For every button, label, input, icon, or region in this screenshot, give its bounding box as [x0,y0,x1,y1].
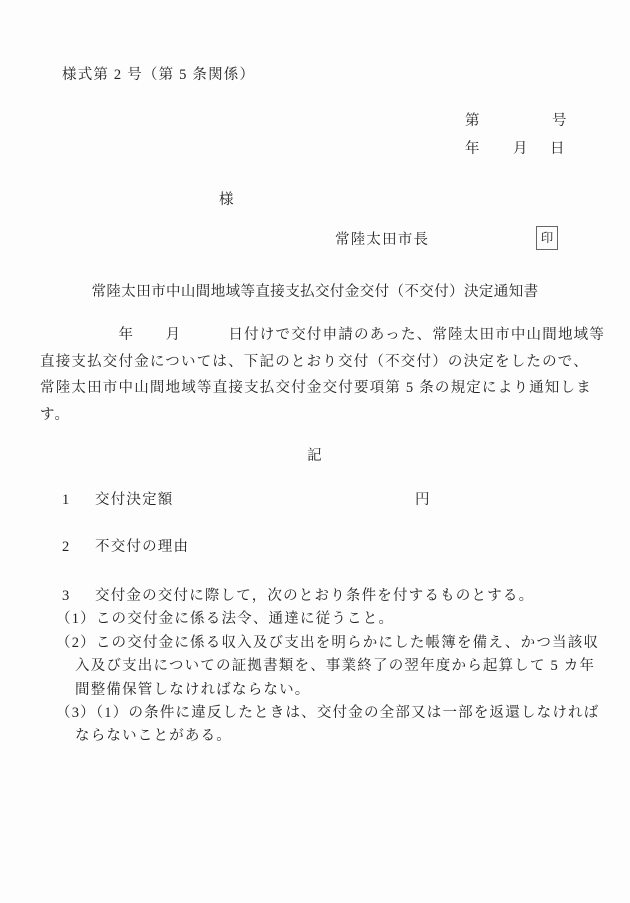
addressee-honorific: 様 [219,188,235,209]
document-number-suffix: 号 [552,109,568,130]
item-number: 1 [62,492,95,509]
date-day-label: 日 [550,137,566,158]
item-number: 2 [62,539,95,556]
condition-3: （3）（1）の条件に違反したときは、交付金の全部又は一部を返還しなければ ならな… [40,702,599,749]
date-year-label: 年 [465,137,481,158]
document-number-prefix: 第 [465,109,481,130]
item-number: 3 [62,588,95,605]
item-label: 不交付の理由 [95,539,189,555]
item-nongrant-reason: 2不交付の理由 [62,535,189,556]
date-month-label: 月 [513,137,529,158]
item-grant-amount: 1交付決定額 [62,488,174,509]
notice-document-page: 様式第 2 号（第 5 条関係） 第 号 年 月 日 様 常陸太田市長 印 常陸… [0,0,630,903]
item-label: 交付決定額 [95,492,174,508]
item-conditions: 3交付金の交付に際して，次のとおり条件を付するものとする。 [62,584,534,605]
record-marker: 記 [0,444,630,465]
amount-unit-label: 円 [415,488,431,509]
document-title: 常陸太田市中山間地域等直接支払交付金交付（不交付）決定通知書 [0,280,630,301]
seal-placeholder: 印 [536,226,558,250]
condition-2: （2）この交付金に係る収入及び支出を明らかにした帳簿を備え、かつ当該収 入及び支… [40,632,599,702]
sender-title: 常陸太田市長 [335,228,429,249]
body-paragraph: 年 月 日付けで交付申請のあった、常陸太田市中山間地域等 直接支払交付金について… [40,322,625,428]
item-label: 交付金の交付に際して，次のとおり条件を付するものとする。 [95,588,534,604]
condition-1: （1）この交付金に係る法令、通達に従うこと。 [40,608,394,631]
form-number-label: 様式第 2 号（第 5 条関係） [62,63,255,84]
